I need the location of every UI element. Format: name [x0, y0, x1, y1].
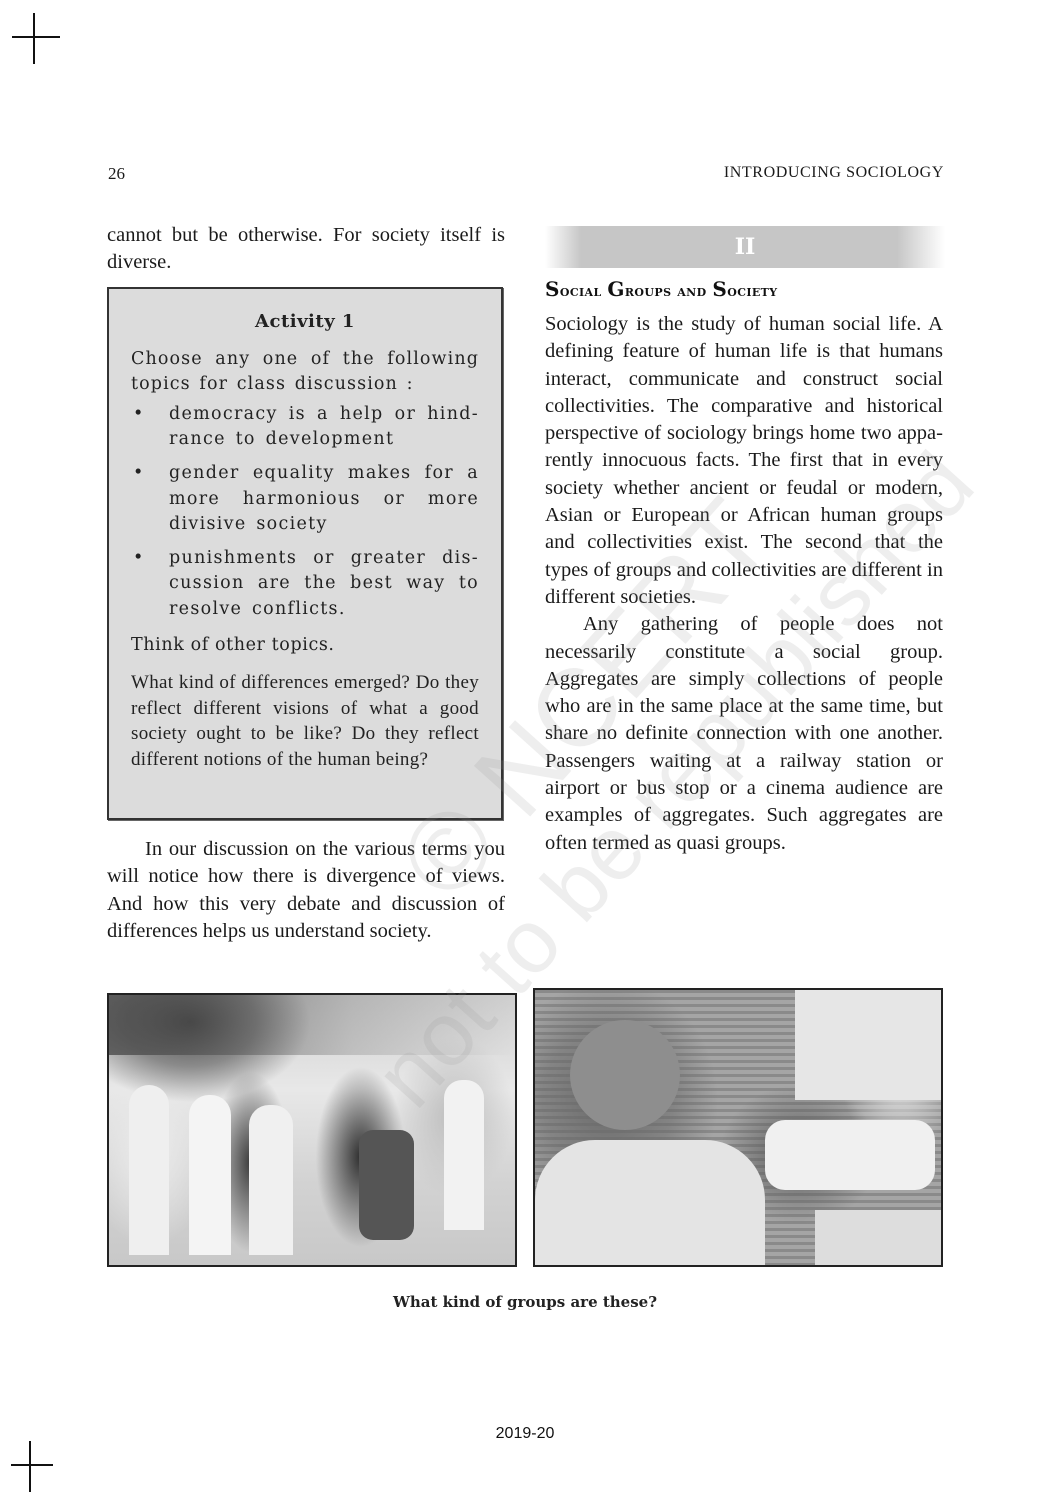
list-item: • democracy is a help or hind-rance to d…: [131, 402, 479, 453]
activity-box: Activity 1 Choose any one of the followi…: [107, 287, 503, 820]
activity-questions: What kind of differences emerged? Do the…: [131, 670, 479, 772]
body-paragraph: Any gathering of people does not necessa…: [545, 611, 943, 857]
topic-text: democracy is a help or hind-rance to dev…: [169, 404, 479, 450]
crop-mark-bottom-vertical: [29, 1441, 31, 1492]
left-closing-column: In our discussion on the various terms y…: [107, 836, 505, 945]
right-column: Sociology is the study of human social l…: [545, 311, 943, 857]
bullet-icon: •: [133, 402, 145, 428]
running-head: INTRODUCING SOCIOLOGY: [724, 164, 944, 182]
section-numeral: II: [735, 234, 756, 260]
crop-mark-top-vertical: [33, 13, 35, 64]
section-heading: Social Groups and Society: [545, 277, 778, 301]
intro-text: cannot but be otherwise. For society its…: [107, 222, 505, 277]
photo-shop-front-group: [533, 988, 943, 1267]
list-item: • gender equality makes for a more harmo…: [131, 461, 479, 538]
list-item: • punishments or greater dis-cussion are…: [131, 546, 479, 623]
left-column: cannot but be otherwise. For society its…: [107, 222, 505, 277]
activity-instruction: Choose any one of the following topics f…: [131, 347, 479, 398]
crop-mark-top-horizontal: [12, 36, 60, 38]
footer-year: 2019-20: [0, 1425, 1050, 1443]
topic-text: punishments or greater dis-cussion are t…: [169, 548, 479, 619]
activity-title: Activity 1: [131, 309, 479, 335]
section-banner: II: [545, 226, 945, 268]
body-paragraph: Sociology is the study of human social l…: [545, 311, 943, 611]
topic-text: gender equality makes for a more harmoni…: [169, 463, 479, 534]
bullet-icon: •: [133, 461, 145, 487]
bullet-icon: •: [133, 546, 145, 572]
activity-topic-list: • democracy is a help or hind-rance to d…: [131, 402, 479, 623]
figure-caption: What kind of groups are these?: [0, 1293, 1050, 1311]
photo-street-group: [107, 993, 517, 1267]
page-number: 26: [108, 164, 125, 184]
closing-paragraph: In our discussion on the various terms y…: [107, 836, 505, 945]
crop-mark-bottom-horizontal: [11, 1464, 53, 1466]
activity-think-prompt: Think of other topics.: [131, 633, 479, 659]
